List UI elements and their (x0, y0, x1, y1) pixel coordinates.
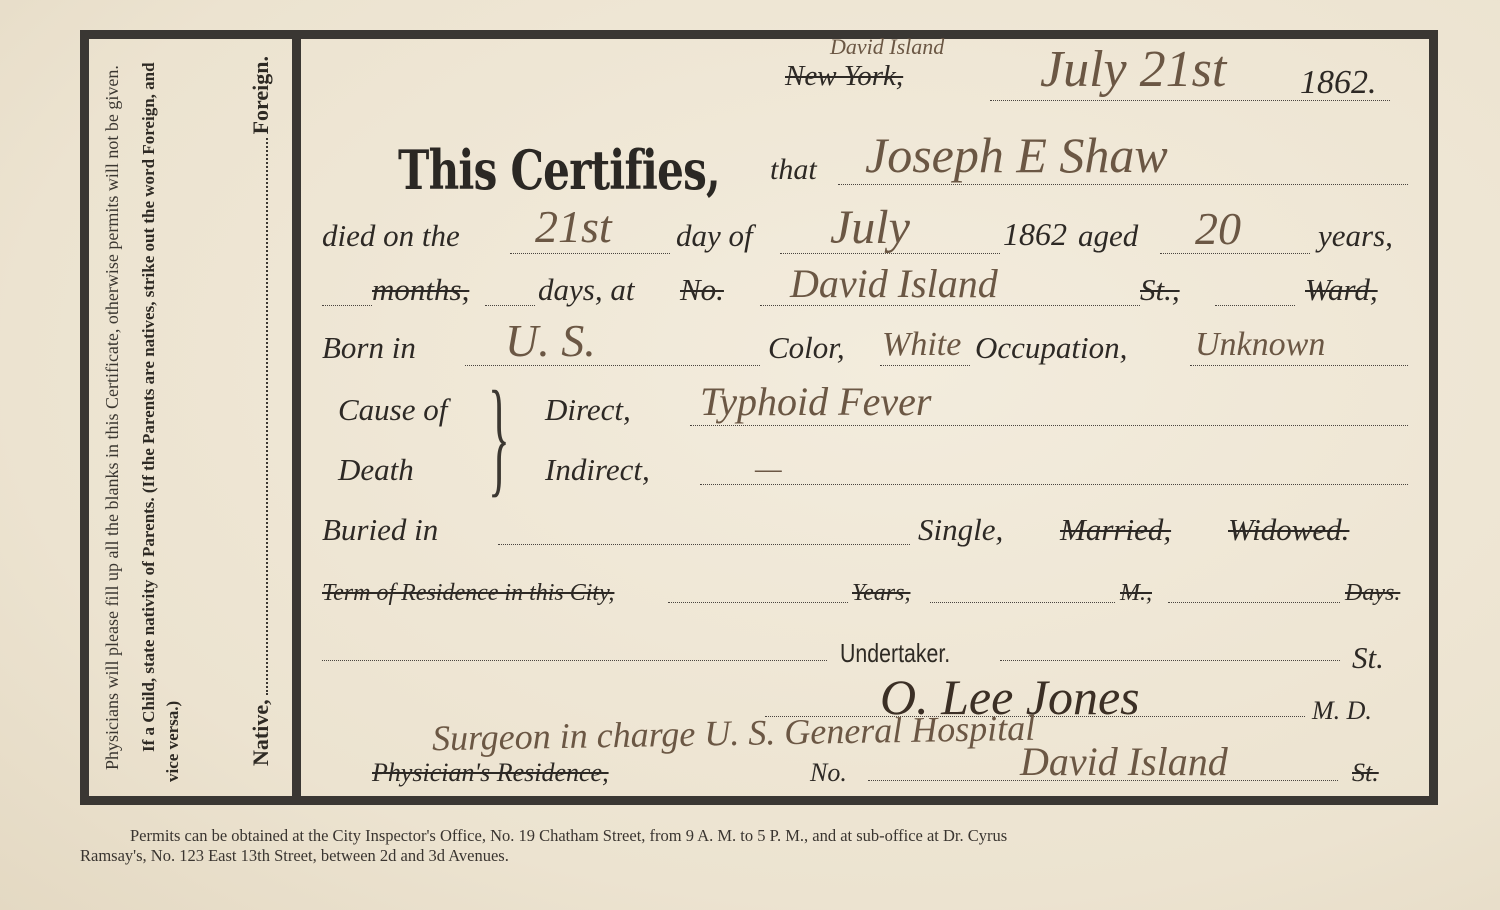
death-day[interactable]: 21st (535, 200, 612, 253)
direct-cause[interactable]: Typhoid Fever (700, 378, 931, 425)
indirect-label: Indirect, (545, 452, 650, 488)
death-label: Death (338, 452, 414, 488)
color-blank (880, 365, 970, 366)
death-location[interactable]: David Island (790, 260, 998, 307)
residence-st-label: St. (1352, 758, 1379, 788)
undertaker-street-blank[interactable] (1000, 660, 1340, 661)
years-label: years, (1318, 218, 1393, 254)
nativity-field[interactable]: Native, Foreign. (244, 56, 274, 766)
born-in-label: Born in (322, 330, 416, 366)
days-at-label: days, at (538, 272, 634, 308)
death-day-blank (510, 253, 670, 254)
term-months-blank (930, 602, 1115, 603)
term-days-label: Days. (1345, 580, 1400, 607)
term-months-label: M., (1120, 580, 1152, 607)
term-of-residence-label: Term of Residence in this City, (322, 580, 614, 607)
md-label: M. D. (1312, 696, 1372, 726)
residence-no-label: No. (810, 758, 847, 788)
died-on-label: died on the (322, 218, 460, 254)
certificate-year: 1862. (1300, 64, 1377, 102)
indirect-cause[interactable]: — (755, 452, 782, 486)
name-blank (838, 184, 1408, 185)
months-label: months, (372, 272, 469, 308)
indirect-cause-blank (700, 484, 1408, 485)
cause-of-label: Cause of (338, 392, 447, 428)
side-panel: Physicians will please fill up all the b… (89, 39, 292, 796)
native-label: Native, (248, 699, 274, 766)
undertaker-st-label: St. (1352, 640, 1384, 676)
occupation-blank (1190, 365, 1408, 366)
term-years-blank (668, 602, 848, 603)
foreign-label: Foreign. (248, 56, 274, 134)
st-label: St., (1140, 272, 1180, 308)
that-label: that (770, 153, 817, 187)
buried-in-label: Buried in (322, 512, 438, 548)
days-blank (485, 305, 535, 306)
color-value[interactable]: White (882, 326, 961, 364)
buried-in-blank[interactable] (498, 544, 910, 545)
ward-label: Ward, (1305, 272, 1378, 308)
cause-brace: } (488, 372, 510, 502)
footer-line-1: Permits can be obtained at the City Insp… (80, 826, 1440, 846)
deceased-name[interactable]: Joseph E Shaw (865, 126, 1168, 184)
certificate-title: This Certifies, (398, 138, 720, 202)
term-years-label: Years, (852, 580, 910, 607)
nativity-blank (266, 138, 268, 695)
undertaker-name-blank[interactable] (322, 660, 827, 661)
occupation-value[interactable]: Unknown (1195, 326, 1325, 364)
physician-instruction: Physicians will please fill up all the b… (97, 53, 127, 782)
footer-line-2: Ramsay's, No. 123 East 13th Street, betw… (80, 846, 1440, 866)
months-blank (322, 305, 372, 306)
death-year: 1862 (1003, 216, 1067, 253)
death-month[interactable]: July (830, 200, 910, 255)
ward-blank (1215, 305, 1295, 306)
age-years[interactable]: 20 (1195, 202, 1241, 255)
direct-cause-blank (690, 425, 1408, 426)
undertaker-label: Undertaker. (840, 638, 950, 669)
permits-footer: Permits can be obtained at the City Insp… (80, 826, 1440, 866)
married-label: Married, (1060, 512, 1171, 548)
place-printed: New York, (785, 60, 903, 93)
occupation-label: Occupation, (975, 330, 1127, 366)
birthplace[interactable]: U. S. (505, 314, 596, 367)
physician-residence-label: Physician's Residence, (372, 758, 609, 788)
child-nativity-note: If a Child, state nativity of Parents. (… (137, 53, 185, 782)
date-handwritten: July 21st (1040, 40, 1226, 99)
day-of-label: day of (676, 218, 753, 254)
single-label: Single, (918, 512, 1003, 548)
direct-label: Direct, (545, 392, 631, 428)
color-label: Color, (768, 330, 845, 366)
physician-residence[interactable]: David Island (1020, 738, 1228, 785)
widowed-label: Widowed. (1228, 512, 1349, 548)
place-handwritten: David Island (830, 34, 944, 60)
term-days-blank (1168, 602, 1340, 603)
no-label: No. (680, 272, 724, 308)
aged-label: aged (1078, 218, 1138, 254)
side-panel-divider (292, 30, 301, 805)
